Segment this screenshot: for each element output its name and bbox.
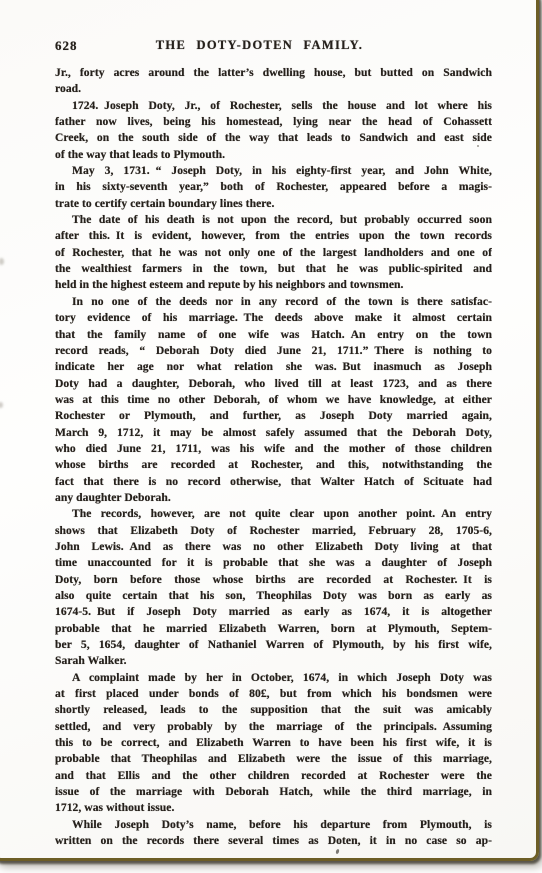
text-line: May 3, 1731. “ Joseph Doty, in his eight… xyxy=(55,163,492,179)
text-line: indicate her age nor what relation she w… xyxy=(55,359,492,375)
running-head: 628 THE DOTY-DOTEN FAMILY. xyxy=(55,38,492,55)
text-line: father now lives, being his homestead, l… xyxy=(55,114,492,130)
text-line: who died June 21, 1711, was his wife and… xyxy=(55,441,492,457)
text-line: held in the highest esteem and repute by… xyxy=(55,277,492,293)
text-line: fact that there is no record otherwise, … xyxy=(55,474,492,490)
paragraph: While Joseph Doty’s name, before his dep… xyxy=(55,817,492,850)
text-line: Jr., forty acres around the latter’s dwe… xyxy=(55,65,492,81)
text-line: March 9, 1712, it may be almost safely a… xyxy=(55,425,492,441)
text-line: issue of the marriage with Deborah Hatch… xyxy=(55,784,492,800)
text-line: written on the records there several tim… xyxy=(55,833,492,849)
text-line: tory evidence of his marriage. The deeds… xyxy=(55,310,492,326)
text-line: of the way that leads to Plymouth. xyxy=(55,147,492,163)
text-line: The date of his death is not upon the re… xyxy=(55,212,492,228)
page-content: 628 THE DOTY-DOTEN FAMILY. Jr., forty ac… xyxy=(55,38,492,850)
text-line: probable that Theophilas and Elizabeth w… xyxy=(55,751,492,767)
text-line: was at this time no other Deborah, of wh… xyxy=(55,392,492,408)
paragraph: May 3, 1731. “ Joseph Doty, in his eight… xyxy=(55,163,492,212)
text-line: Doty, born before those whose births are… xyxy=(55,572,492,588)
text-line: the wealthiest farmers in the town, but … xyxy=(55,261,492,277)
scanned-book-page: { "colors": { "frame": "#6d5e26", "ink":… xyxy=(0,0,542,873)
paragraph: 1724. Joseph Doty, Jr., of Rochester, se… xyxy=(55,98,492,163)
text-line: this to be correct, and Elizabeth Warren… xyxy=(55,735,492,751)
text-line: Rochester or Plymouth, and further, as J… xyxy=(55,408,492,424)
text-line: shows that Elizabeth Doty of Rochester m… xyxy=(55,523,492,539)
paragraph: The date of his death is not upon the re… xyxy=(55,212,492,294)
text-line: whose births are recorded at Rochester, … xyxy=(55,457,492,473)
text-line: in his sixty-seventh year,” both of Roch… xyxy=(55,179,492,195)
text-line: trate to certify certain boundary lines … xyxy=(55,196,492,212)
page-title: THE DOTY-DOTEN FAMILY. xyxy=(55,38,464,53)
text-line: after this. It is evident, however, from… xyxy=(55,228,492,244)
text-line: 1724. Joseph Doty, Jr., of Rochester, se… xyxy=(55,98,492,114)
text-line: Doty had a daughter, Deborah, who lived … xyxy=(55,376,492,392)
text-line: settled, and very probably by the marria… xyxy=(55,719,492,735)
text-line: The records, however, are not quite clea… xyxy=(55,506,492,522)
text-line: While Joseph Doty’s name, before his dep… xyxy=(55,817,492,833)
text-line: probable that he married Elizabeth Warre… xyxy=(55,621,492,637)
text-line: and that Ellis and the other children re… xyxy=(55,768,492,784)
text-line: Sarah Walker. xyxy=(55,653,492,669)
text-line: 1674-5. But if Joseph Doty married as ea… xyxy=(55,604,492,620)
text-line: also quite certain that his son, Theophi… xyxy=(55,588,492,604)
text-line: shortly released, leads to the suppositi… xyxy=(55,702,492,718)
text-line: A complaint made by her in October, 1674… xyxy=(55,670,492,686)
text-line: road. xyxy=(55,81,492,97)
paragraph: A complaint made by her in October, 1674… xyxy=(55,670,492,817)
text-line: of Rochester, that he was not only one o… xyxy=(55,245,492,261)
ink-speck xyxy=(477,145,479,147)
text-line: that the family name of one wife was Hat… xyxy=(55,327,492,343)
text-line: 1712, was without issue. xyxy=(55,800,492,816)
text-column: Jr., forty acres around the latter’s dwe… xyxy=(55,65,492,850)
paragraph: In no one of the deeds nor in any record… xyxy=(55,294,492,506)
text-line: John Lewis. And as there was no other El… xyxy=(55,539,492,555)
text-line: Creek, on the south side of the way that… xyxy=(55,130,492,146)
paragraph: Jr., forty acres around the latter’s dwe… xyxy=(55,65,492,98)
text-line: In no one of the deeds nor in any record… xyxy=(55,294,492,310)
text-line: at first placed under bonds of 80£, but … xyxy=(55,686,492,702)
text-line: time unaccounted for it is probable that… xyxy=(55,555,492,571)
paragraph: The records, however, are not quite clea… xyxy=(55,506,492,669)
text-line: ber 5, 1654, daughter of Nathaniel Warre… xyxy=(55,637,492,653)
text-line: record reads, “ Deborah Doty died June 2… xyxy=(55,343,492,359)
text-line: any daughter Deborah. xyxy=(55,490,492,506)
